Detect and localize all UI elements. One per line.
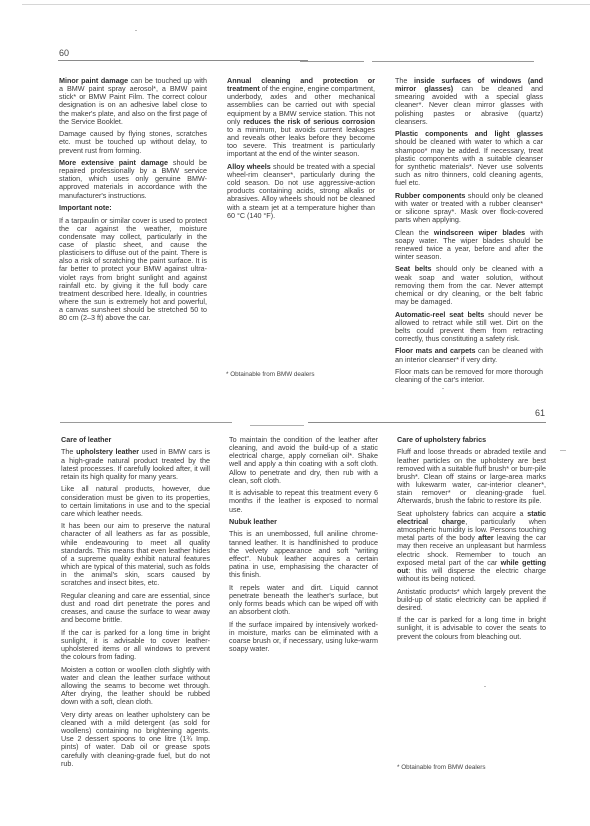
paragraph-plastic-components: Plastic components and light glasses sho… <box>395 130 543 187</box>
paragraph-fluff-threads: Fluff and loose threads or abraded texti… <box>397 448 546 505</box>
paragraph-wiper-blades: Clean the windscreen wiper blades with s… <box>395 229 543 262</box>
paragraph-repels-water: It repels water and dirt. Liquid cannot … <box>229 584 378 617</box>
header-rule <box>250 425 304 426</box>
paragraph-damage-caused: Damage caused by flying stones, scratche… <box>59 130 207 154</box>
paragraph-minor-paint-damage: Minor paint damage can be touched up wit… <box>59 77 207 126</box>
header-rule <box>372 61 534 62</box>
paragraph-seat-belts: Seat belts should only be cleaned with a… <box>395 265 543 306</box>
header-rule <box>308 422 546 423</box>
paragraph-inside-windows: The inside surfaces of windows (and mirr… <box>395 77 543 126</box>
paragraph-text: to a minimum, but avoids current leakage… <box>227 125 375 158</box>
care-of-upholstery-fabrics-heading: Care of upholstery fabrics <box>397 436 546 444</box>
paragraph-automatic-reel-belts: Automatic-reel seat belts should never b… <box>395 311 543 344</box>
paragraph-repeat-treatment: It is advisable to repeat this treatment… <box>229 489 378 513</box>
page61-column-1: Care of leather The upholstery leather u… <box>61 436 210 772</box>
paragraph-unembossed: This is an unembossed, full aniline chro… <box>229 530 378 579</box>
paragraph-floor-mats: Floor mats and carpets can be cleaned wi… <box>395 347 543 363</box>
paragraph-antistatic-products: Antistatic products* which largely preve… <box>397 588 546 612</box>
scan-speck <box>560 450 566 451</box>
paragraph-text: can be touched up with a BMW paint spray… <box>59 76 207 126</box>
paragraph-surface-impaired: If the surface impaired by intensively w… <box>229 621 378 654</box>
paragraph-tarpaulin: If a tarpaulin or similar cover is used … <box>59 217 207 323</box>
page60-column-3: The inside surfaces of windows (and mirr… <box>395 77 543 389</box>
paragraph-natural-products: Like all natural products, however, due … <box>61 485 210 518</box>
header-rule <box>60 422 232 423</box>
paragraph-very-dirty-areas: Very dirty areas on leather upholstery c… <box>61 711 210 768</box>
important-note-heading: Important note: <box>59 204 207 212</box>
page61-column-2: To maintain the condition of the leather… <box>229 436 378 658</box>
page-number-60: 60 <box>59 48 69 58</box>
paragraph-natural-character: It has been our aim to preserve the natu… <box>61 522 210 587</box>
header-rule <box>300 61 364 62</box>
paragraph-upholstery-leather: The upholstery leather used in BMW cars … <box>61 448 210 481</box>
paragraph-maintain-condition: To maintain the condition of the leather… <box>229 436 378 485</box>
paragraph-parked-sunlight: If the car is parked for a long time in … <box>61 629 210 662</box>
care-of-leather-heading: Care of leather <box>61 436 210 444</box>
paragraph-extensive-paint-damage: More extensive paint damage should be re… <box>59 159 207 200</box>
footnote-obtainable: * Obtainable from BMW dealers <box>397 764 486 771</box>
paragraph-static-charge: Seat upholstery fabrics can acquire a st… <box>397 510 546 583</box>
paragraph-text: should be cleaned with water to which a … <box>395 137 543 187</box>
nubuk-leather-heading: Nubuk leather <box>229 518 378 526</box>
scan-speck <box>135 30 137 31</box>
paragraph-rubber-components: Rubber components should only be cleaned… <box>395 192 543 225</box>
paragraph-alloy-wheels: Alloy wheels should be treated with a sp… <box>227 163 375 220</box>
paragraph-cover-seats: If the car is parked for a long time in … <box>397 616 546 640</box>
header-rule <box>58 60 308 61</box>
scan-edge-line <box>22 4 590 5</box>
page-number-61: 61 <box>535 408 545 418</box>
scan-speck <box>442 388 444 389</box>
page60-column-2: Annual cleaning and protection or treatm… <box>227 77 375 224</box>
paragraph-text: : this will disperse the electric charge… <box>397 566 546 583</box>
page60-column-1: Minor paint damage can be touched up wit… <box>59 77 207 327</box>
page61-column-3: Care of upholstery fabrics Fluff and loo… <box>397 436 546 645</box>
footnote-obtainable: * Obtainable from BMW dealers <box>226 371 315 378</box>
paragraph-text: should be treated with a special wheel-r… <box>227 162 375 220</box>
scan-speck <box>484 686 486 687</box>
paragraph-moisten-cloth: Moisten a cotton or woollen cloth slight… <box>61 666 210 707</box>
paragraph-annual-cleaning: Annual cleaning and protection or treatm… <box>227 77 375 159</box>
paragraph-floor-mats-removed: Floor mats can be removed for more thoro… <box>395 368 543 384</box>
paragraph-regular-cleaning: Regular cleaning and care are essential,… <box>61 592 210 625</box>
